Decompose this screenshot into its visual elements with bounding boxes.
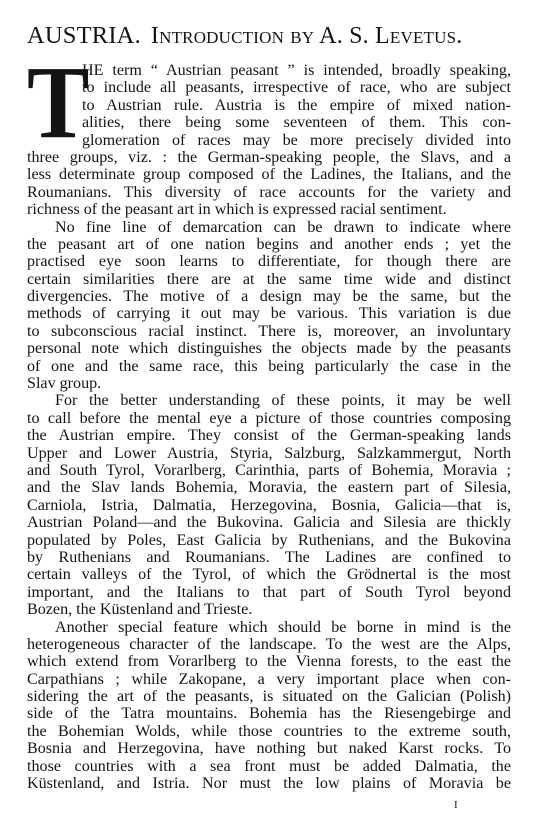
text-line: and South Tyrol, Vorarlberg, Carinthia, … [27,462,511,479]
page-title: AUSTRIA.Introduction by A. S. Levetus. [27,22,511,50]
title-subtitle: Introduction by A. S. Levetus. [151,23,463,49]
text-line: Bosnia and Herzegovina, have nothing but… [27,740,511,757]
text-line: less determinate group composed of the L… [27,166,511,183]
text-line: personal note which distinguishes the ob… [27,340,511,357]
text-line: which extend from Vorarlberg to the Vien… [27,653,511,670]
text-line: richness of the peasant art in which is … [27,201,511,218]
text-line: methods of carrying it out may be variou… [27,305,511,322]
text-line: to Austrian rule. Austria is the empire … [27,97,511,114]
text-line: the peasant art of one nation begins and… [27,236,511,253]
text-line: and the Slav lands Bohemia, Moravia, the… [27,479,511,496]
text-line: alities, there being some seventeen of t… [27,114,511,131]
text-line: the Bohemian Wolds, while those countrie… [27,723,511,740]
text-line: Upper and Lower Austria, Styria, Salzbur… [27,445,511,462]
text-line: by Ruthenians and Roumanians. The Ladine… [27,549,511,566]
text-line: those countries with a sea front must be… [27,758,511,775]
text-line: populated by Poles, East Galicia by Ruth… [27,532,511,549]
text-line: HE term “ Austrian peasant ” is intended… [27,62,511,79]
text-line: side of the Tatra mountains. Bohemia has… [27,705,511,722]
text-line: No fine line of demarcation can be drawn… [27,219,511,236]
text-line: glomeration of races may be more precise… [27,132,511,149]
text-line: certain valleys of the Tyrol, of which t… [27,566,511,583]
text-line: Carniola, Istria, Dalmatia, Herzegovina,… [27,497,511,514]
text-line: to subconscious racial instinct. There i… [27,323,511,340]
text-line: important, and the Italians to that part… [27,584,511,601]
text-line: Roumanians. This diversity of race accou… [27,184,511,201]
text-line: Küstenland, and Istria. Nor must the low… [27,775,511,792]
text-line: Carpathians ; while Zakopane, a very imp… [27,671,511,688]
text-line: Another special feature which should be … [27,619,511,636]
page-number: I [454,799,458,811]
text-line: For the better understanding of these po… [27,392,511,409]
text-line: practised eye soon learns to differentia… [27,253,511,270]
text-line: the Austrian empire. They consist of the… [27,427,511,444]
text-line: Bozen, the Küstenland and Trieste. [27,601,511,618]
body-text: T HE term “ Austrian peasant ” is intend… [27,62,511,792]
drop-cap: T [27,64,89,142]
text-line: of one and the same race, this being par… [27,358,511,375]
text-line: to call before the mental eye a picture … [27,410,511,427]
text-line: heterogeneous character of the landscape… [27,636,511,653]
text-line: sidering the art of the peasants, is sit… [27,688,511,705]
text-line: Slav group. [27,375,511,392]
text-line: certain similarities there are at the sa… [27,271,511,288]
text-line: Austrian Poland—and the Bukovina. Galici… [27,514,511,531]
text-line: divergencies. The motive of a design may… [27,288,511,305]
text-line: three groups, viz. : the German-speaking… [27,149,511,166]
text-line: to include all peasants, irrespective of… [27,79,511,96]
